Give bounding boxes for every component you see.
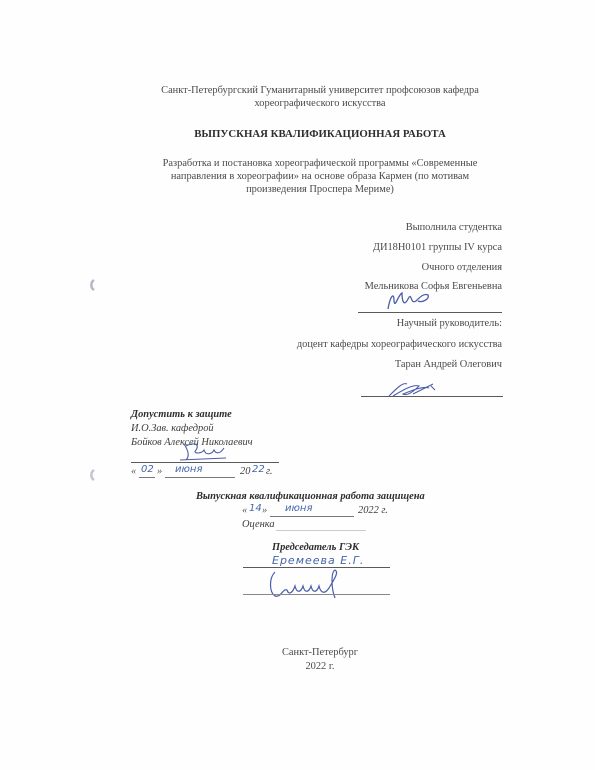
student-signature-line — [358, 312, 502, 313]
supervisor-position: доцент кафедры хореографического искусст… — [297, 338, 502, 351]
admission-day-underline — [139, 477, 155, 478]
defense-grade-label: Оценка — [242, 518, 275, 531]
admission-year-prefix: 20 — [240, 465, 250, 478]
admission-title: Допустить к защите — [131, 408, 232, 421]
topic-line-3: произведения Проспера Мериме) — [130, 183, 510, 196]
student-group: ДИ18Н0101 группы IV курса — [373, 241, 502, 254]
topic-line-2: направления в хореографии» на основе обр… — [130, 170, 510, 183]
defense-date-year: 2022 г. — [358, 504, 388, 517]
hole-punch-mark-bottom — [84, 468, 98, 482]
document-page: Санкт-Петербургский Гуманитарный универс… — [0, 0, 595, 770]
supervisor-name: Таран Андрей Олегович — [395, 358, 502, 371]
head-signature-line — [131, 462, 279, 463]
defense-grade-line — [276, 530, 366, 531]
commission-handwritten-name: Еремеева Е.Г. — [272, 554, 364, 567]
commission-signature-line — [243, 594, 390, 595]
footer-city: Санкт-Петербург — [130, 646, 510, 659]
student-label: Выполнила студентка — [406, 221, 502, 234]
document-title: ВЫПУСКНАЯ КВАЛИФИКАЦИОННАЯ РАБОТА — [130, 128, 510, 141]
defense-date-close-quote: » — [262, 504, 267, 517]
admission-role: И.О.Зав. кафедрой — [131, 422, 214, 435]
commission-signature — [265, 568, 355, 602]
institution-line-2: хореографического искусства — [130, 97, 510, 110]
admission-date-month: июня — [175, 464, 202, 475]
defense-title: Выпускная квалификационная работа защище… — [196, 490, 425, 503]
admission-date-open-quote: « — [131, 465, 136, 478]
defense-date-day: 14 — [249, 503, 262, 514]
supervisor-signature-line — [361, 396, 503, 397]
supervisor-label: Научный руководитель: — [397, 317, 502, 330]
admission-date-close-quote: » — [157, 465, 162, 478]
defense-date-open-quote: « — [242, 504, 247, 517]
topic-line-1: Разработка и постановка хореографической… — [130, 157, 510, 170]
head-signature — [178, 440, 238, 464]
hole-punch-mark-top — [84, 278, 98, 292]
student-signature — [380, 287, 450, 313]
footer-year: 2022 г. — [130, 660, 510, 673]
commission-title: Председатель ГЭК — [272, 541, 359, 554]
defense-month-underline — [270, 516, 354, 517]
defense-date-month: июня — [285, 503, 312, 514]
student-department: Очного отделения — [422, 261, 502, 274]
institution-line-1: Санкт-Петербургский Гуманитарный универс… — [130, 84, 510, 97]
admission-year-end: г. — [266, 465, 273, 478]
admission-year-suffix: 22 — [252, 464, 265, 475]
admission-date-day: 02 — [141, 464, 154, 475]
admission-month-underline — [165, 477, 235, 478]
